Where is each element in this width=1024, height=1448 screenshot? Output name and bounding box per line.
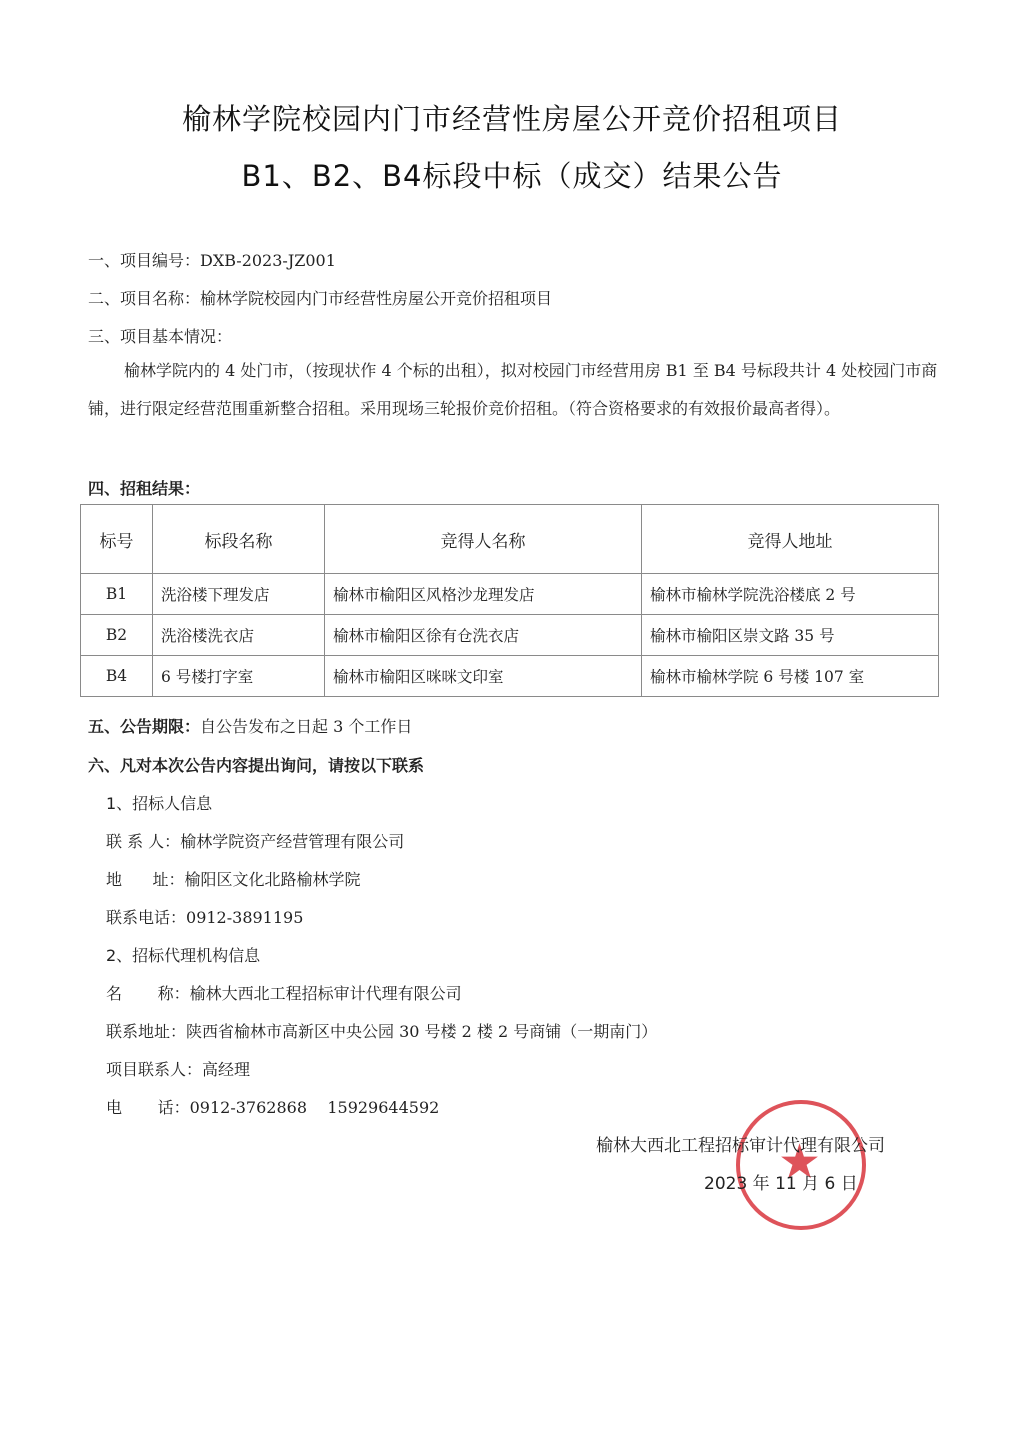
header-no: 标号 [81,505,153,574]
basic-info-heading: 三、项目基本情况： [88,324,232,347]
header-winner-name: 竞得人名称 [325,505,642,574]
table-row: B2 洗浴楼洗衣店 榆林市榆阳区徐有仓洗衣店 榆林市榆阳区崇文路 35 号 [81,615,939,656]
cell-section: 6 号楼打字室 [153,656,325,697]
project-number-label: 一、项目编号： [88,251,200,270]
title-line-2: B1、B2、B4标段中标（成交）结果公告 [0,154,1024,195]
title-line-1: 榆林学院校园内门市经营性房屋公开竞价招租项目 [0,97,1024,138]
agency-phone-value: 0912-3762868 15929644592 [190,1098,440,1117]
tenderer-phone-value: 0912-3891195 [186,908,303,927]
agency-phone: 电 话：0912-3762868 15929644592 [106,1095,439,1118]
agency-heading: 2、招标代理机构信息 [106,943,260,966]
tenderer-contact-value: 榆林学院资产经营管理有限公司 [180,832,404,851]
table-row: B1 洗浴楼下理发店 榆林市榆阳区风格沙龙理发店 榆林市榆林学院洗浴楼底 2 号 [81,574,939,615]
tenderer-heading: 1、招标人信息 [106,791,212,814]
results-table: 标号 标段名称 竞得人名称 竞得人地址 B1 洗浴楼下理发店 榆林市榆阳区风格沙… [80,504,939,697]
table-header-row: 标号 标段名称 竞得人名称 竞得人地址 [81,505,939,574]
cell-no: B1 [81,574,153,615]
agency-address: 联系地址：陕西省榆林市高新区中央公园 30 号楼 2 楼 2 号商铺（一期南门） [106,1019,657,1042]
cell-section: 洗浴楼下理发店 [153,574,325,615]
notice-period: 五、公告期限：自公告发布之日起 3 个工作日 [88,714,412,737]
tenderer-address: 地 址：榆阳区文化北路榆林学院 [106,867,361,890]
cell-address: 榆林市榆林学院 6 号楼 107 室 [642,656,939,697]
project-name-value: 榆林学院校园内门市经营性房屋公开竞价招租项目 [200,289,552,308]
project-number: 一、项目编号：DXB-2023-JZ001 [88,248,336,271]
table-row: B4 6 号楼打字室 榆林市榆阳区咪咪文印室 榆林市榆林学院 6 号楼 107 … [81,656,939,697]
agency-address-value: 陕西省榆林市高新区中央公园 30 号楼 2 楼 2 号商铺（一期南门） [186,1022,657,1041]
signature-date: 2023 年 11 月 6 日 [704,1169,858,1194]
tenderer-contact-label: 联 系 人： [106,832,180,851]
basic-info-paragraph: 榆林学院内的 4 处门市，（按现状作 4 个标的出租），拟对校园门市经营用房 B… [88,352,940,428]
notice-period-label: 五、公告期限： [88,717,200,736]
tenderer-phone-label: 联系电话： [106,908,186,927]
header-section-name: 标段名称 [153,505,325,574]
tenderer-contact: 联 系 人：榆林学院资产经营管理有限公司 [106,829,404,852]
notice-period-value: 自公告发布之日起 3 个工作日 [200,717,412,736]
cell-section: 洗浴楼洗衣店 [153,615,325,656]
project-name-label: 二、项目名称： [88,289,200,308]
agency-name: 名 称：榆林大西北工程招标审计代理有限公司 [106,981,462,1004]
agency-person-value: 高经理 [202,1060,250,1079]
cell-winner: 榆林市榆阳区咪咪文印室 [325,656,642,697]
project-name: 二、项目名称：榆林学院校园内门市经营性房屋公开竞价招租项目 [88,286,552,309]
agency-person: 项目联系人：高经理 [106,1057,250,1080]
header-winner-address: 竞得人地址 [642,505,939,574]
tenderer-address-value: 榆阳区文化北路榆林学院 [185,870,361,889]
tenderer-address-label: 地 址： [106,870,185,889]
signature-company: 榆林大西北工程招标审计代理有限公司 [596,1131,885,1156]
project-number-value: DXB-2023-JZ001 [200,251,336,270]
agency-address-label: 联系地址： [106,1022,186,1041]
cell-winner: 榆林市榆阳区风格沙龙理发店 [325,574,642,615]
tenderer-phone: 联系电话：0912-3891195 [106,905,303,928]
official-seal-icon: ★ [736,1100,866,1230]
cell-no: B2 [81,615,153,656]
cell-address: 榆林市榆林学院洗浴楼底 2 号 [642,574,939,615]
agency-phone-label: 电 话： [106,1098,190,1117]
cell-no: B4 [81,656,153,697]
agency-name-value: 榆林大西北工程招标审计代理有限公司 [190,984,462,1003]
agency-person-label: 项目联系人： [106,1060,202,1079]
cell-address: 榆林市榆阳区崇文路 35 号 [642,615,939,656]
agency-name-label: 名 称： [106,984,190,1003]
cell-winner: 榆林市榆阳区徐有仓洗衣店 [325,615,642,656]
results-heading: 四、招租结果： [88,476,200,499]
contact-heading: 六、凡对本次公告内容提出询问，请按以下联系 [88,753,424,776]
